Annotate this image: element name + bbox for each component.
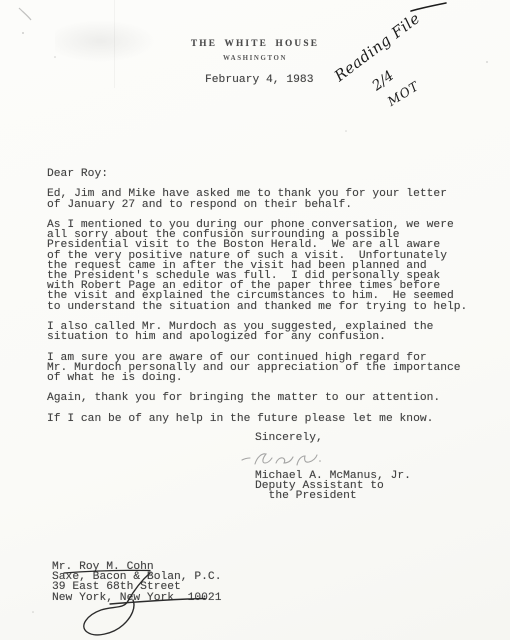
handwritten-signature — [242, 454, 321, 465]
scanned-letter-page: THE WHITE HOUSE WASHINGTON February 4, 1… — [0, 0, 510, 640]
complimentary-close: Sincerely, — [255, 433, 323, 443]
signature-dot — [319, 460, 321, 462]
signature-stroke — [255, 454, 272, 464]
staple-mark — [19, 8, 31, 20]
paper-speck — [345, 130, 347, 132]
paper-speck — [22, 32, 24, 34]
recipient-address: Mr. Roy M. Cohn Saxe, Bacon & Bolan, P.C… — [52, 562, 221, 603]
signature-stroke — [297, 455, 317, 465]
annotation-dash — [411, 3, 446, 11]
letter-body: Dear Roy: Ed, Jim and Mike have asked me… — [47, 169, 467, 424]
paper-speck — [32, 611, 34, 613]
letterhead-title: THE WHITE HOUSE — [0, 39, 510, 49]
typed-signature-block: Michael A. McManus, Jr. Deputy Assistant… — [255, 471, 411, 502]
signature-stroke — [242, 458, 250, 460]
letterhead-subtitle: WASHINGTON — [0, 55, 510, 62]
date-line: February 4, 1983 — [205, 75, 313, 85]
signature-stroke — [276, 457, 293, 463]
